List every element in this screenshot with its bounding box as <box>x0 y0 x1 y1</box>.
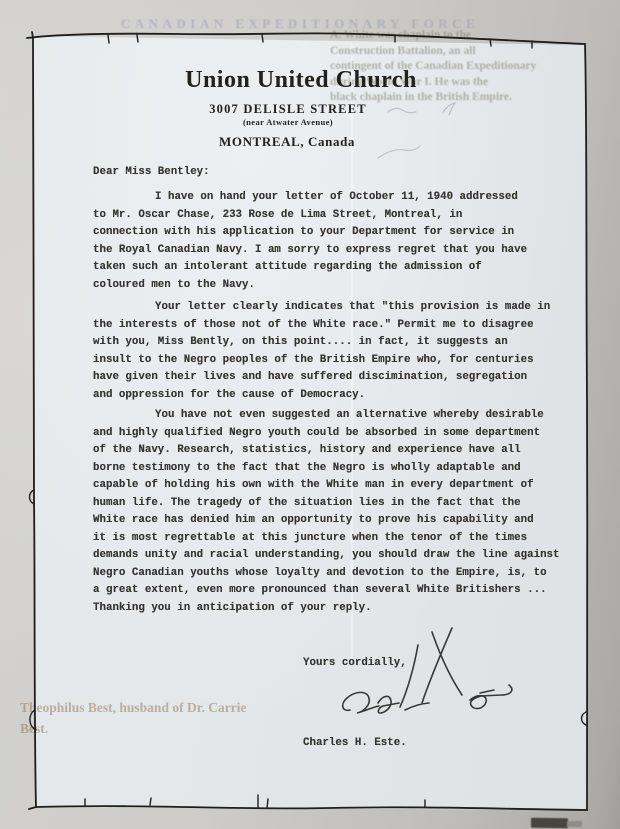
scanned-letter-page: CANADIAN EXPEDITIONARY FORCE A. White wa… <box>0 0 620 829</box>
closing-line: Yours cordially, <box>303 655 407 673</box>
bleedthrough-caption-bottom-line1: Theophilus Best, husband of Dr. Carrie <box>20 700 246 716</box>
letter-paragraph-2: Your letter clearly indicates that "this… <box>93 299 550 404</box>
letter-paragraph-3: You have not even suggested an alternati… <box>93 407 560 617</box>
city-line: MONTREAL, Canada <box>219 134 355 150</box>
typed-signature-name: Charles H. Este. <box>303 735 407 753</box>
ink-smudge-light <box>567 821 582 827</box>
street-address: 3007 DELISLE STREET <box>209 102 367 117</box>
ink-smudge <box>531 818 568 829</box>
bleedthrough-caption-bottom-line2: Best. <box>20 721 48 737</box>
church-name: Union United Church <box>185 67 417 94</box>
street-note: (near Atwater Avenue) <box>243 117 333 127</box>
letter-paragraph-1: I have on hand your letter of October 11… <box>93 189 527 294</box>
salutation: Dear Miss Bentley: <box>93 164 210 182</box>
